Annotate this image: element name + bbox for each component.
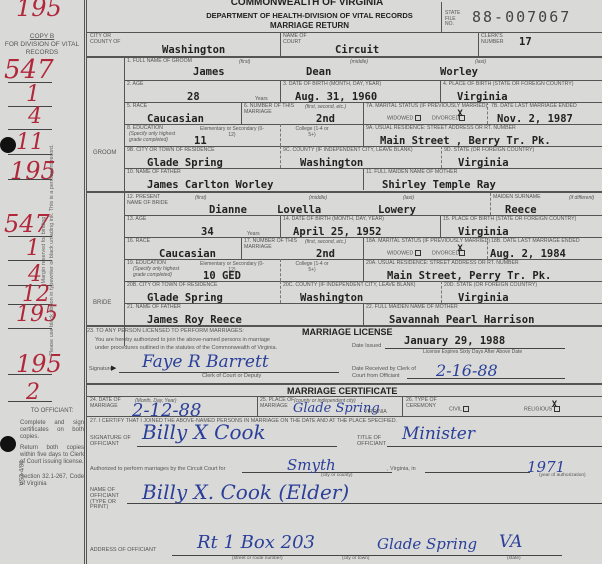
form-code: VS3-4/86 xyxy=(20,460,26,485)
handwritten-number: 547 xyxy=(4,55,54,85)
officiant-signature: Billy X Cook xyxy=(142,420,266,444)
groom-section-label: GROOM xyxy=(93,150,116,156)
civil-ceremony-checkbox[interactable] xyxy=(463,406,469,412)
header-title: MARRIAGE RETURN xyxy=(187,21,432,30)
groom-middle-name: Dean xyxy=(306,66,331,78)
officiant-address-street: Rt 1 Box 203 xyxy=(197,532,315,553)
marriage-return-form: COMMONWEALTH OF VIRGINIA DEPARTMENT OF H… xyxy=(84,0,602,564)
divider xyxy=(8,374,52,375)
license-title: MARRIAGE LICENSE xyxy=(302,327,393,337)
divider xyxy=(8,401,52,402)
bride-widowed-checkbox[interactable] xyxy=(415,250,421,256)
state-file-label: STATEFILENO. xyxy=(445,11,460,28)
bride-divorced-checkbox[interactable] xyxy=(459,250,465,256)
clerk-signature: Faye R Barrett xyxy=(142,352,269,372)
groom-mother: Shirley Temple Ray xyxy=(382,179,496,191)
groom-divorced-checkbox[interactable] xyxy=(459,115,465,121)
copy-b-label: COPY B FOR DIVISION OF VITAL RECORDS xyxy=(0,33,84,57)
city-county-value: Washington xyxy=(162,44,225,56)
officiant-name: Billy X. Cook (Elder) xyxy=(142,480,349,504)
groom-widowed-checkbox[interactable] xyxy=(415,115,421,121)
punch-hole xyxy=(0,137,16,153)
religious-ceremony-checkbox[interactable] xyxy=(554,406,560,412)
form-header: COMMONWEALTH OF VIRGINIA DEPARTMENT OF H… xyxy=(87,0,602,32)
marriage-return-document: 195 COPY B FOR DIVISION OF VITAL RECORDS… xyxy=(0,0,602,564)
groom-first-name: James xyxy=(193,66,225,78)
handwritten-number: 195 xyxy=(16,0,62,22)
officiant-title: Minister xyxy=(402,424,475,444)
authorizing-court: Smyth xyxy=(287,456,336,474)
officiant-address-state: VA xyxy=(499,532,522,552)
bride-section-label: BRIDE xyxy=(93,300,111,306)
handwritten-number: 4 xyxy=(28,104,42,129)
header-commonwealth: COMMONWEALTH OF VIRGINIA xyxy=(207,0,407,8)
groom-father: James Carlton Worley xyxy=(147,179,273,191)
groom-last-name: Worley xyxy=(440,66,478,78)
certificate-title: MARRIAGE CERTIFICATE xyxy=(287,386,397,396)
handwritten-number: 1 xyxy=(26,236,40,261)
left-margin: 195 COPY B FOR DIVISION OF VITAL RECORDS… xyxy=(0,0,84,564)
officiant-address-city: Glade Spring xyxy=(377,535,477,553)
state-file-number: 88-007067 xyxy=(472,8,571,26)
license-date-issued: January 29, 1988 xyxy=(404,335,505,347)
officiant-instructions: TO OFFICIANT: Complete and sign certific… xyxy=(20,408,84,492)
punch-hole xyxy=(0,436,16,452)
signature-arrow-icon: ▶ xyxy=(111,364,116,372)
court-value: Circuit xyxy=(335,44,379,56)
header-department: DEPARTMENT OF HEALTH-DIVISION OF VITAL R… xyxy=(187,11,432,20)
clerk-number-value: 17 xyxy=(519,36,532,48)
binding-margin-note: Margin reserved for binding Please use b… xyxy=(40,140,56,360)
